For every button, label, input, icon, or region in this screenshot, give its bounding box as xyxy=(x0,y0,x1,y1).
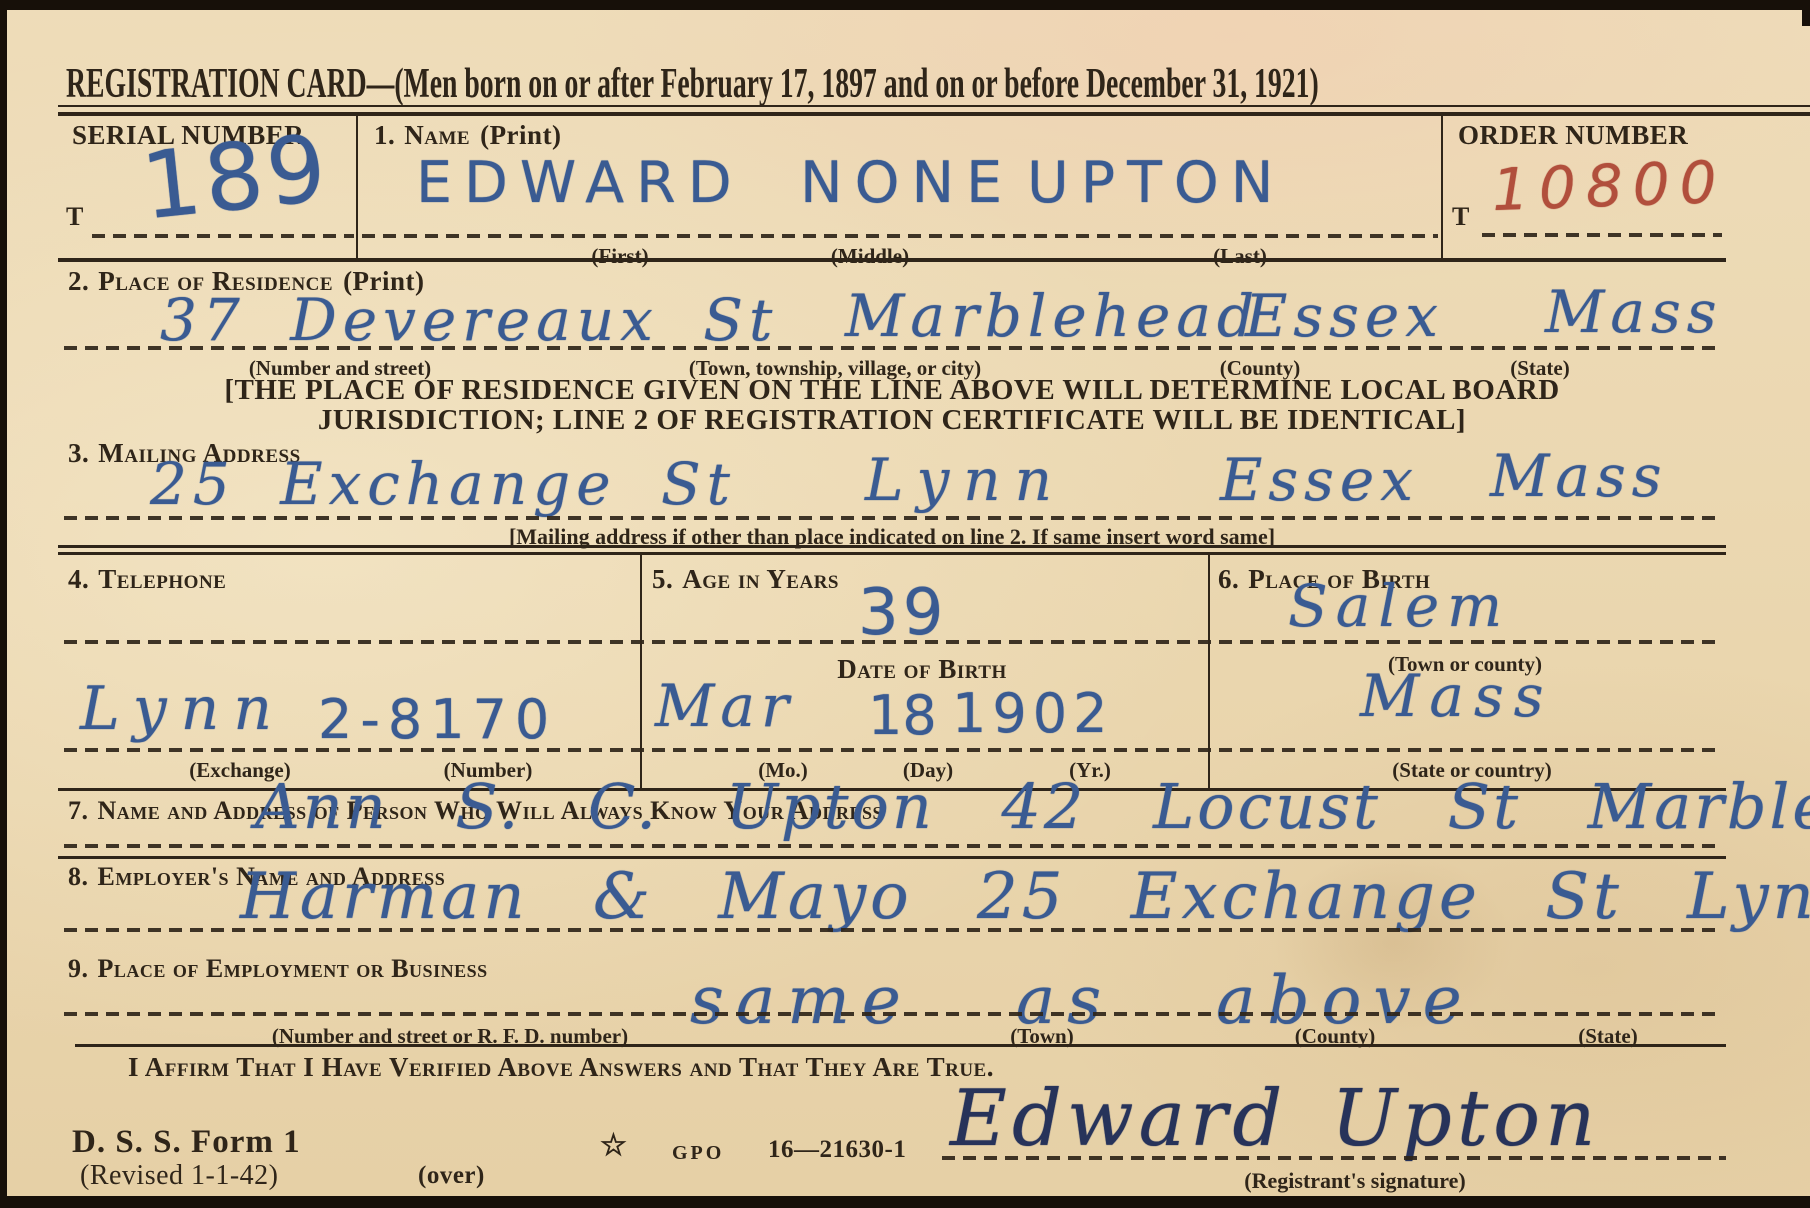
employment-label-text: Place of Employment or Business xyxy=(98,954,488,983)
scan-edge-right-corner xyxy=(1802,0,1810,26)
form-revised: (Revised 1-1-42) xyxy=(80,1160,279,1192)
serial-number-value: 189 xyxy=(137,114,335,240)
upper-write-line xyxy=(64,640,1722,644)
mailing-street-value: 25 Exchange St xyxy=(150,450,736,518)
name-label: 1.Name(Print) xyxy=(374,120,562,151)
mailing-county-value: Essex xyxy=(1220,446,1419,514)
serial-write-line xyxy=(92,234,354,238)
age-birth-divider xyxy=(1208,555,1210,788)
contact-write-line xyxy=(64,844,1722,848)
contact-value: Ann S. C. Upton 42 Locust St Marblehead xyxy=(255,770,1810,843)
section9-bottom-rule xyxy=(75,1044,1726,1047)
birth-state-value: Mass xyxy=(1360,662,1554,730)
form-number: D. S. S. Form 1 xyxy=(72,1124,301,1161)
print-code: 16—21630-1 xyxy=(768,1136,906,1164)
telephone-label: 4.Telephone xyxy=(68,564,226,595)
residence-town-value: Marblehead xyxy=(845,282,1260,350)
dob-label: Date of Birth xyxy=(837,654,1006,685)
mailing-state-value: Mass xyxy=(1490,442,1668,510)
birth-town-value: Salem xyxy=(1288,572,1510,640)
over-note: (over) xyxy=(418,1162,485,1190)
order-number-value: 10800 xyxy=(1491,148,1728,224)
employer-label-number: 8. xyxy=(68,862,89,891)
telephone-number-value: 2-8170 xyxy=(318,688,557,751)
affirmation-text: I Affirm That I Have Verified Above Answ… xyxy=(128,1052,994,1083)
age-value: 39 xyxy=(858,576,947,650)
name-label-print: (Print) xyxy=(480,120,561,150)
name-label-number: 1. xyxy=(374,120,395,150)
telephone-age-divider xyxy=(640,555,642,788)
scan-edge-bottom xyxy=(0,1196,1810,1208)
mid-rule-lower xyxy=(58,552,1726,555)
name-write-line xyxy=(362,234,1438,238)
residence-write-line xyxy=(64,346,1722,350)
telephone-label-number: 4. xyxy=(68,564,89,594)
lower-write-line xyxy=(64,748,1722,752)
age-label-number: 5. xyxy=(652,564,673,594)
name-first-value: EDWARD xyxy=(416,150,744,216)
name-order-divider xyxy=(1441,116,1443,258)
mid-rule-upper xyxy=(58,545,1726,548)
star-icon: ☆ xyxy=(600,1128,627,1163)
age-label: 5.Age in Years xyxy=(652,564,839,595)
mailing-write-line xyxy=(64,516,1722,520)
residence-notice-line1: [THE PLACE OF RESIDENCE GIVEN ON THE LIN… xyxy=(58,374,1726,407)
name-sub-middle: (Middle) xyxy=(831,244,909,269)
card-title: REGISTRATION CARD—(Men born on or after … xyxy=(66,60,1319,108)
registration-card: REGISTRATION CARD—(Men born on or after … xyxy=(0,0,1810,1208)
serial-t-prefix: T xyxy=(66,202,84,232)
scan-edge-left xyxy=(0,0,7,1208)
serial-name-divider xyxy=(356,116,358,258)
registrant-signature: Edward Upton xyxy=(950,1074,1600,1164)
header-rule-thin xyxy=(58,105,1810,107)
employer-value: Harman & Mayo 25 Exchange St Lynn. xyxy=(240,860,1810,934)
order-write-line xyxy=(1482,233,1722,237)
residence-state-value: Mass xyxy=(1545,278,1723,346)
signature-write-line xyxy=(942,1156,1726,1160)
mailing-town-value: Lynn xyxy=(865,446,1066,514)
employment-label-number: 9. xyxy=(68,954,89,983)
residence-county-value: Essex xyxy=(1245,282,1444,350)
residence-label-number: 2. xyxy=(68,266,89,296)
employment-label: 9.Place of Employment or Business xyxy=(68,954,488,984)
residence-street-value: 37 Devereaux St xyxy=(160,286,778,354)
scan-edge-top xyxy=(0,0,1810,10)
name-label-text: Name xyxy=(404,120,470,150)
name-sub-first: (First) xyxy=(591,244,648,269)
dob-month-value: Mar xyxy=(655,672,795,740)
residence-notice-line2: JURISDICTION; LINE 2 OF REGISTRATION CER… xyxy=(58,404,1726,437)
signature-sub-label: (Registrant's signature) xyxy=(1244,1168,1465,1194)
dob-year-value: 1902 xyxy=(952,682,1113,745)
name-sub-last: (Last) xyxy=(1213,244,1267,269)
age-label-text: Age in Years xyxy=(682,564,839,594)
mailing-label-number: 3. xyxy=(68,438,89,468)
telephone-exchange-value: Lynn xyxy=(80,674,286,744)
employer-write-line xyxy=(64,928,1722,932)
telephone-label-text: Telephone xyxy=(98,564,226,594)
order-t-prefix: T xyxy=(1452,202,1470,232)
employment-write-line xyxy=(64,1012,1722,1016)
contact-label-number: 7. xyxy=(68,796,89,825)
dob-day-value: 18 xyxy=(868,684,937,747)
section7-bottom-rule xyxy=(58,856,1726,859)
name-last-value: UPTON xyxy=(1027,150,1285,216)
order-number-label: ORDER NUMBER xyxy=(1458,120,1688,151)
birth-label-number: 6. xyxy=(1218,564,1239,594)
name-middle-value: NONE xyxy=(800,150,1014,216)
gpo-mark: GPO xyxy=(672,1142,724,1165)
